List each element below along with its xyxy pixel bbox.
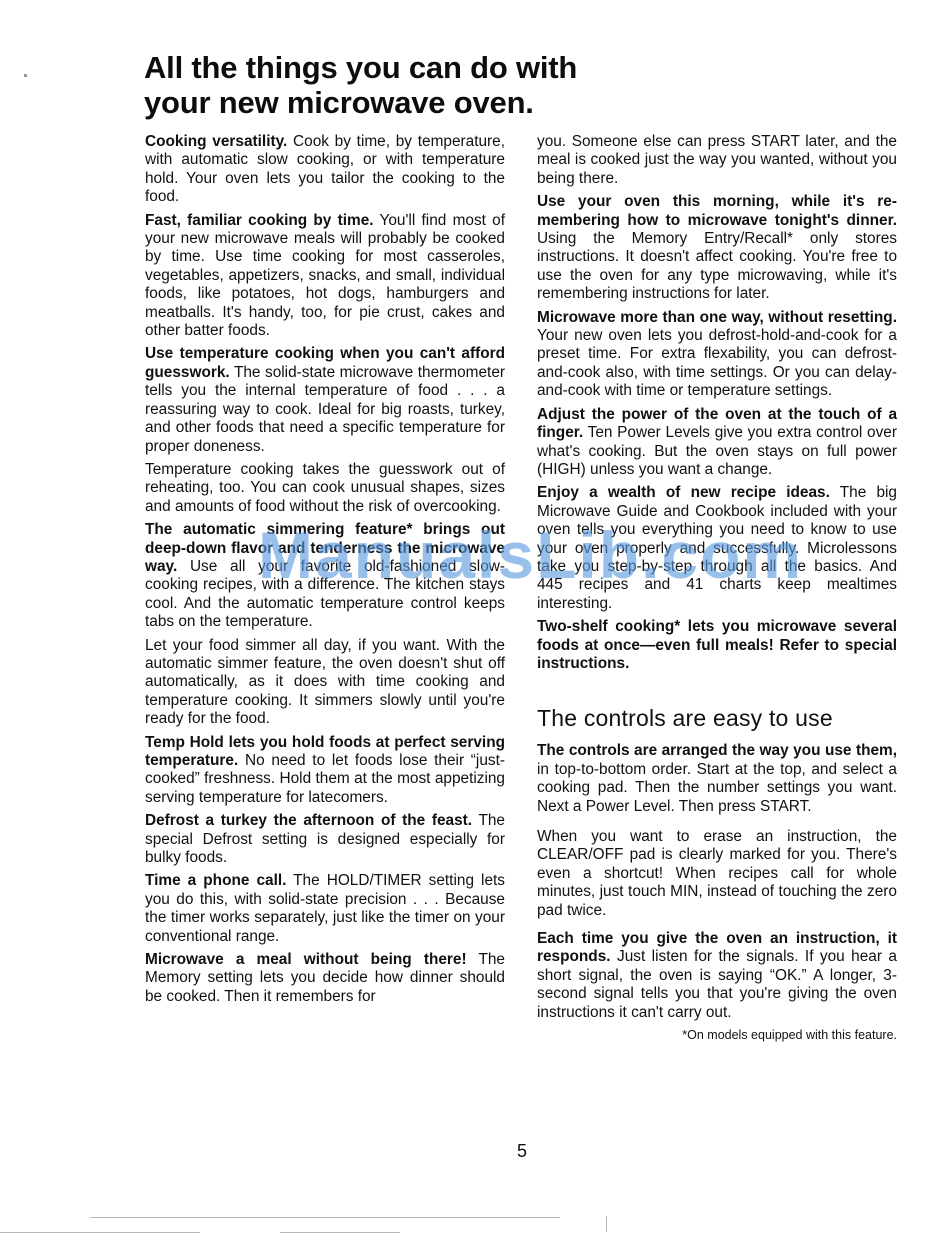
paragraph-body: in top-to-bottom order. Start at the top…	[537, 761, 897, 815]
paragraph-power-levels: Adjust the power of the oven at the touc…	[537, 406, 897, 480]
paragraph-body: You'll find most of your new microwave m…	[145, 212, 505, 339]
paragraph-body: When you want to erase an instruction, t…	[537, 828, 897, 919]
paragraph-lead: Defrost a turkey the afternoon of the fe…	[145, 812, 472, 829]
paragraph-body: you. Someone else can press START later,…	[537, 133, 897, 187]
left-column: Cooking versatility. Cook by time, by te…	[145, 133, 505, 1011]
paragraph-lead: Two-shelf cooking* lets you microwave se…	[537, 618, 897, 672]
paragraph-signals: Each time you give the oven an instructi…	[537, 930, 897, 1022]
paragraph-multi-stage-cooking: Microwave more than one way, without re­…	[537, 309, 897, 401]
paragraph-memory-entry-recall: Use your oven this morning, while it's r…	[537, 193, 897, 303]
page-title: All the things you can do with your new …	[144, 50, 577, 120]
paragraph-temperature-cooking: Use temperature cooking when you can't a…	[145, 345, 505, 455]
paragraph-memory-continued: you. Someone else can press START later,…	[537, 133, 897, 188]
scan-artifact-line	[0, 1232, 200, 1233]
paragraph-lead: Enjoy a wealth of new recipe ideas.	[537, 484, 830, 501]
paragraph-lead: Microwave more than one way, without re­…	[537, 309, 897, 326]
paragraph-lead: Fast, familiar cooking by time.	[145, 212, 374, 229]
scan-artifact-tick	[606, 1216, 607, 1232]
page-title-line-2: your new microwave oven.	[144, 85, 577, 120]
page-number: 5	[517, 1141, 527, 1162]
paragraph-body: Your new oven lets you defrost-hold-and-…	[537, 327, 897, 399]
paragraph-body: Use all your favorite old-fashioned slow…	[145, 558, 505, 630]
paragraph-lead: Time a phone call.	[145, 872, 286, 889]
paragraph-lead: Cooking versatility.	[145, 133, 287, 150]
paragraph-lead: Use your oven this morning, while it's r…	[537, 193, 897, 228]
paragraph-body: Using the Memory Entry/Recall* only stor…	[537, 230, 897, 302]
section-heading-controls: The controls are easy to use	[537, 705, 897, 732]
paragraph-two-shelf-cooking: Two-shelf cooking* lets you microwave se…	[537, 618, 897, 673]
paragraph-controls-order: The controls are arranged the way you us…	[537, 742, 897, 816]
footnote: *On models equipped with this feature.	[537, 1027, 897, 1043]
paragraph-cooking-by-time: Fast, familiar cooking by time. You'll f…	[145, 212, 505, 341]
paragraph-simmer-all-day: Let your food simmer all day, if you wan…	[145, 637, 505, 729]
scan-artifact-line	[90, 1217, 560, 1218]
paragraph-phone-call-timer: Time a phone call. The HOLD/TIMER settin…	[145, 872, 505, 946]
right-column: you. Someone else can press START later,…	[537, 133, 897, 1043]
paragraph-temp-hold: Temp Hold lets you hold foods at perfect…	[145, 734, 505, 808]
paragraph-recipe-ideas: Enjoy a wealth of new recipe ideas. The …	[537, 484, 897, 613]
scan-speck	[24, 74, 27, 77]
paragraph-body: Temperature cooking takes the guesswork …	[145, 461, 505, 515]
paragraph-defrost-turkey: Defrost a turkey the afternoon of the fe…	[145, 812, 505, 867]
paragraph-clear-off: When you want to erase an instruction, t…	[537, 828, 897, 920]
paragraph-body: The big Microwave Guide and Cookbook inc…	[537, 484, 897, 611]
paragraph-lead: The controls are arranged the way you us…	[537, 742, 897, 759]
paragraph-lead: Microwave a meal without being there!	[145, 951, 467, 968]
paragraph-cooking-versatility: Cooking versatility. Cook by time, by te…	[145, 133, 505, 207]
paragraph-body: Ten Power Levels give you extra con­trol…	[537, 424, 897, 478]
scan-artifact-line	[280, 1232, 400, 1233]
paragraph-body: Let your food simmer all day, if you wan…	[145, 637, 505, 728]
page-title-line-1: All the things you can do with	[144, 50, 577, 85]
paragraph-memory-meal: Microwave a meal without being there! Th…	[145, 951, 505, 1006]
paragraph-temperature-reheating: Temperature cooking takes the guesswork …	[145, 461, 505, 516]
paragraph-automatic-simmering: The automatic simmering feature* brings …	[145, 521, 505, 631]
